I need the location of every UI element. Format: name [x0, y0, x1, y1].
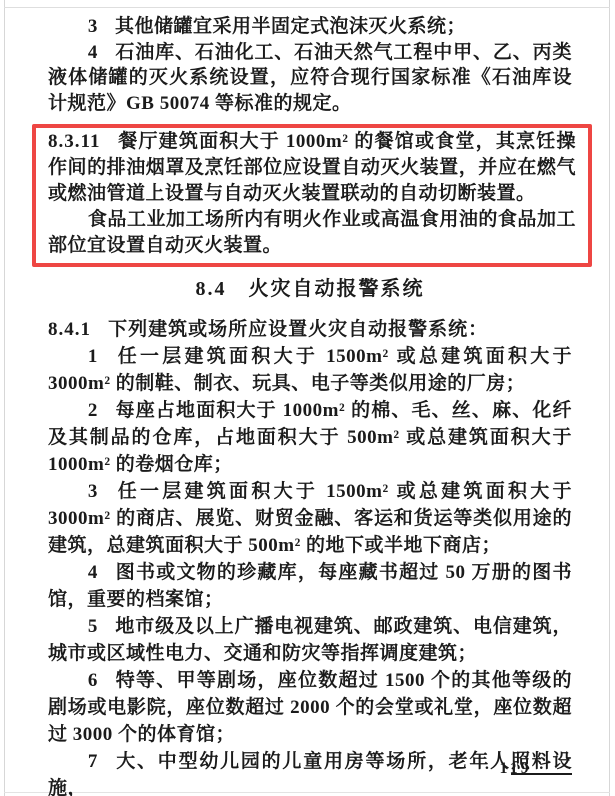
clause-number: 8.3.11	[48, 131, 100, 152]
page-edge-right	[609, 0, 610, 796]
item-text: 大、中型幼儿园的儿童用房等场所，老年人	[115, 751, 511, 772]
clause-8-4-1: 8.4.1下列建筑或场所应设置火灾自动报警系统：	[48, 316, 572, 343]
item-number: 1	[88, 346, 98, 367]
list-item-5: 5地市级及以上广播电视建筑、邮政建筑、电信建筑，城市或区域性电力、交通和防灾等指…	[48, 613, 572, 667]
clause-number: 8.4.1	[48, 319, 91, 340]
item-text: 石油库、石油化工、石油天然气工程中甲、乙、丙类液体储罐的灭火系统设置，应符合现行…	[48, 42, 572, 114]
clause-8-3-11: 8.3.11餐厅建筑面积大于 1000m² 的餐馆或食堂，其烹饪操作间的排油烟罩…	[48, 129, 576, 207]
clause-list: 1任一层建筑面积大于 1500m² 或总建筑面积大于 3000m² 的制鞋、制衣…	[48, 343, 572, 796]
item-text: 地市级及以上广播电视建筑、邮政建筑、电信建筑，城市或区域性电力、交通和防灾等指挥…	[48, 616, 572, 664]
clause-sub-item-4: 4石油库、石油化工、石油天然气工程中甲、乙、丙类液体储罐的灭火系统设置，应符合现…	[48, 40, 572, 117]
clause-text: 下列建筑或场所应设置火灾自动报警系统：	[108, 319, 488, 340]
clause-8-3-11-para-2: 食品工业加工场所内有明火作业或高温食用油的食品加工部位宜设置自动灭火装置。	[48, 207, 576, 259]
list-item-2: 2每座占地面积大于 1000m² 的棉、毛、丝、麻、化纤及其制品的仓库，占地面积…	[48, 397, 572, 478]
item-number: 4	[88, 562, 98, 583]
page-edge-top	[4, 7, 610, 8]
list-item-3: 3任一层建筑面积大于 1500m² 或总建筑面积大于 3000m² 的商店、展览…	[48, 478, 572, 559]
item-text: 任一层建筑面积大于 1500m² 或总建筑面积大于 3000m² 的商店、展览、…	[48, 481, 572, 556]
item-number: 6	[88, 670, 98, 691]
list-item-6: 6特等、甲等剧场，座位数超过 1500 个的其他等级的剧场或电影院，座位数超过 …	[48, 667, 572, 748]
item-text: 图书或文物的珍藏库，每座藏书超过 50 万册的图书馆，重要的档案馆；	[48, 562, 572, 610]
page-edge-left	[4, 0, 5, 796]
page-content: 3其他储罐宜采用半固定式泡沫灭火系统； 4石油库、石油化工、石油天然气工程中甲、…	[48, 14, 572, 796]
clause-sub-item-3: 3其他储罐宜采用半固定式泡沫灭火系统；	[48, 14, 572, 40]
highlight-box: 8.3.11餐厅建筑面积大于 1000m² 的餐馆或食堂，其烹饪操作间的排油烟罩…	[32, 124, 592, 267]
item-number: 7	[88, 751, 98, 772]
clause-text: 餐厅建筑面积大于 1000m² 的餐馆或食堂，其烹饪操作间的排油烟罩及烹饪部位应…	[48, 131, 576, 204]
page-number: · 119 ·	[484, 760, 547, 778]
item-text: 其他储罐宜采用半固定式泡沫灭火系统；	[115, 16, 466, 37]
section-heading-8-4: 8.4 火灾自动报警系统	[48, 276, 572, 302]
item-text: 任一层建筑面积大于 1500m² 或总建筑面积大于 3000m² 的制鞋、制衣、…	[48, 346, 572, 394]
item-number: 3	[88, 481, 98, 502]
item-number: 2	[88, 400, 98, 421]
list-item-1: 1任一层建筑面积大于 1500m² 或总建筑面积大于 3000m² 的制鞋、制衣…	[48, 343, 572, 397]
item-number: 3	[88, 16, 98, 37]
item-text-tail: ，	[68, 778, 88, 796]
item-number: 4	[88, 42, 98, 63]
item-number: 5	[88, 616, 98, 637]
list-item-4: 4图书或文物的珍藏库，每座藏书超过 50 万册的图书馆，重要的档案馆；	[48, 559, 572, 613]
item-text: 特等、甲等剧场，座位数超过 1500 个的其他等级的剧场或电影院，座位数超过 2…	[48, 670, 572, 745]
item-text: 每座占地面积大于 1000m² 的棉、毛、丝、麻、化纤及其制品的仓库，占地面积大…	[48, 400, 572, 475]
